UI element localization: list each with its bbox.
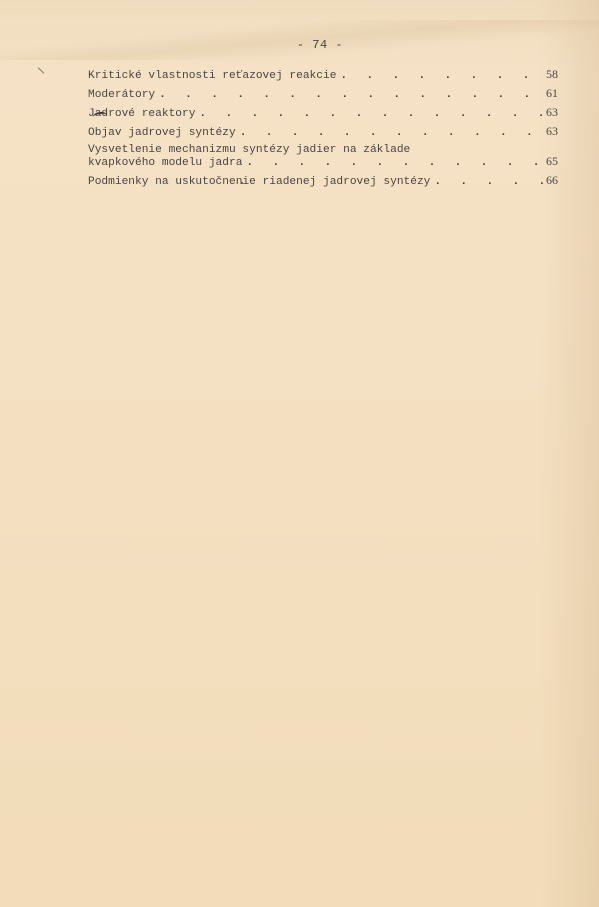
toc-dot-leader: . . . . . . . . . . . . . . . . . . . . … [195,106,543,123]
toc-entry-page: 61 [543,85,558,102]
toc-dot-leader: . . . . . . . . . . . . . . . . . . . . … [236,125,543,142]
toc-entry: Jadrové reaktory . . . . . . . . . . . .… [88,104,558,123]
toc-entry: Kritické vlastnosti reťazovej reakcie . … [88,66,558,85]
page-number: - 74 - [0,38,599,52]
toc-entry-page: 58 [543,66,558,83]
scanned-page: - 74 - Kritické vlastnosti reťazovej rea… [0,0,599,907]
toc-dot-leader: . . . . . . . . . . . . . . . . . . . . … [155,87,543,104]
toc-entry-page: 66 [543,172,558,189]
toc-entry-page: 63 [543,104,558,121]
toc-dot-leader: . . . . . . . . . . . . . . . . . . . . … [242,158,543,169]
toc-entry-title: Kritické vlastnosti reťazovej reakcie [88,68,336,85]
toc-entry-title: Objav jadrovej syntézy [88,125,236,142]
toc-entry-page: 65 [543,156,558,167]
toc-entry-page: 63 [543,123,558,140]
stray-mark [38,67,44,73]
toc-dot-leader: . . . . . . . . . . . . . . . . . . . . … [430,174,543,191]
table-of-contents: Kritické vlastnosti reťazovej reakcie . … [88,66,558,191]
toc-entry-title-line1: Vysvetlenie mechanizmu syntézy jadier na… [88,145,558,156]
toc-entry: Objav jadrovej syntézy . . . . . . . . .… [88,123,558,142]
toc-entry: Moderátory . . . . . . . . . . . . . . .… [88,85,558,104]
toc-entry: Vysvetlenie mechanizmu syntézy jadier na… [88,145,558,169]
toc-entry-title: Moderátory [88,87,155,104]
toc-entry-title: Podmienky na uskutočnenie riadenej jadro… [88,174,430,191]
toc-dot-leader: . . . . . . . . . . . . . . . . . . . . … [336,68,543,85]
ink-speck [241,182,243,184]
toc-entry-title-line2: kvapkového modelu jadra [88,158,242,169]
toc-entry: Podmienky na uskutočnenie riadenej jadro… [88,172,558,191]
